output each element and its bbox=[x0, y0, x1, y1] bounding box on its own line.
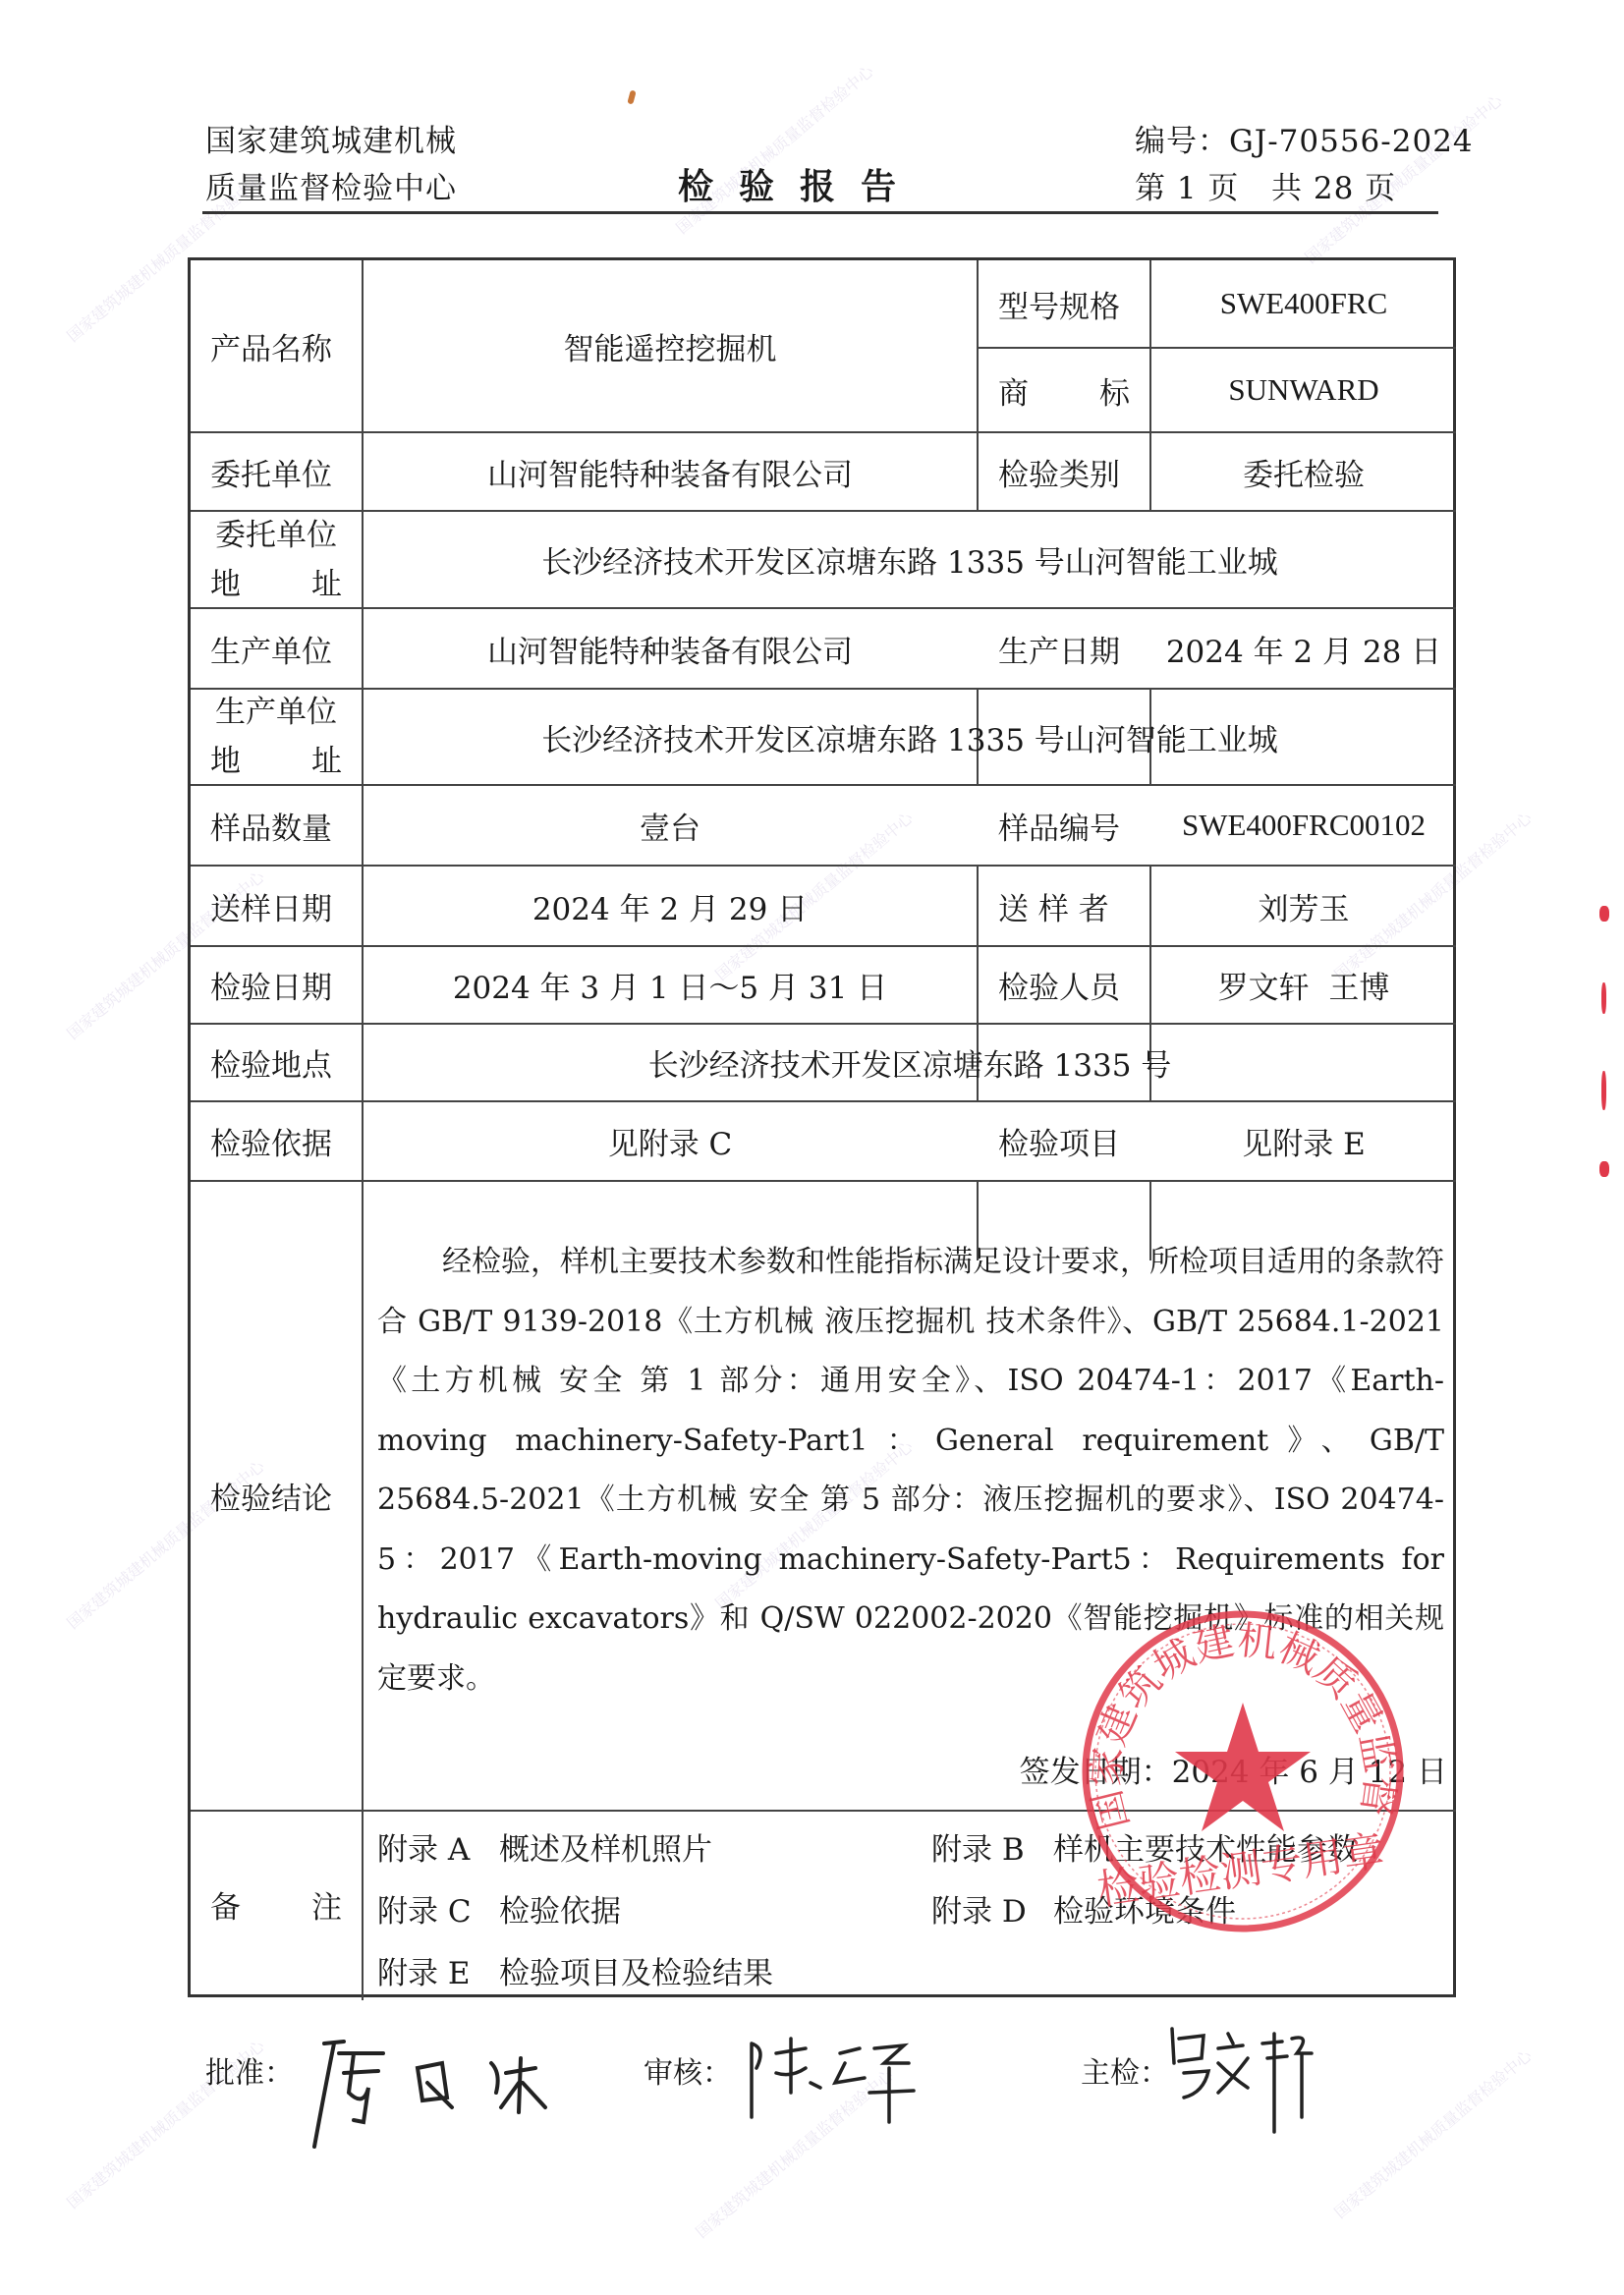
items-value: 见附录 E bbox=[1151, 1102, 1456, 1180]
manufacturer-address-label: 生产单位 地址 bbox=[191, 690, 362, 784]
manufacturer-address-label-line1: 生产单位 bbox=[210, 688, 342, 737]
appendix-key: 附录 C bbox=[377, 1886, 499, 1931]
chief-inspector-label: 主检： bbox=[1081, 2048, 1169, 2092]
inspectors-label: 检验人员 bbox=[979, 947, 1149, 1023]
sample-no-value: SWE400FRC00102 bbox=[1151, 786, 1456, 865]
inspection-type-label: 检验类别 bbox=[979, 433, 1149, 510]
appendix-title: 检验依据 bbox=[499, 1894, 621, 1930]
manufacturer-label: 生产单位 bbox=[191, 609, 362, 688]
client-address-label-b: 址 bbox=[311, 560, 342, 609]
appendix-key: 附录 D bbox=[931, 1886, 1053, 1931]
client-label: 委托单位 bbox=[191, 433, 362, 510]
watermark: 国家建筑城建机械质量监督检验中心 bbox=[1329, 2043, 1537, 2222]
appendix-key: 附录 E bbox=[377, 1948, 499, 1992]
scan-mark bbox=[627, 89, 636, 104]
appendix-title: 检验环境条件 bbox=[1053, 1894, 1236, 1930]
sender-value: 刘芳玉 bbox=[1151, 867, 1456, 945]
inspection-date-label: 检验日期 bbox=[191, 947, 362, 1023]
remarks-label-a: 备 bbox=[210, 1882, 241, 1927]
report-number-label: 编号： bbox=[1135, 124, 1229, 159]
appendix-e: 附录 E检验项目及检验结果 bbox=[377, 1948, 773, 1992]
client-value: 山河智能特种装备有限公司 bbox=[364, 433, 977, 510]
brand-value: SUNWARD bbox=[1151, 349, 1456, 431]
page-info: 第 1 页 共 28 页 bbox=[1135, 163, 1396, 207]
review-label: 审核： bbox=[644, 2048, 732, 2092]
issue-date: 签发日期：2024 年 6 月 12 日 bbox=[1020, 1747, 1447, 1791]
inspection-date-value: 2024 年 3 月 1 日～5 月 31 日 bbox=[364, 947, 977, 1023]
sample-no-label: 样品编号 bbox=[979, 786, 1149, 865]
appendix-title: 检验项目及检验结果 bbox=[499, 1956, 773, 1991]
client-address-value: 长沙经济技术开发区凉塘东路 1335 号山河智能工业城 bbox=[364, 512, 1456, 607]
conclusion-text: 经检验，样机主要技术参数和性能指标满足设计要求，所检项目适用的条款符合 GB/T… bbox=[377, 1233, 1444, 1708]
brand-label-b: 标 bbox=[1099, 368, 1130, 413]
row-divider bbox=[191, 1180, 1456, 1182]
seam-stamp-mark bbox=[1599, 1161, 1609, 1177]
delivery-date-label: 送样日期 bbox=[191, 867, 362, 945]
delivery-date-value: 2024 年 2 月 29 日 bbox=[364, 867, 977, 945]
sample-qty-label: 样品数量 bbox=[191, 786, 362, 865]
appendix-b: 附录 B样机主要技术性能参数 bbox=[931, 1824, 1358, 1869]
conclusion-paragraph: 经检验，样机主要技术参数和性能指标满足设计要求，所检项目适用的条款符合 GB/T… bbox=[377, 1233, 1444, 1708]
basis-value: 见附录 C bbox=[364, 1102, 977, 1180]
seam-stamp-mark bbox=[1601, 1071, 1606, 1110]
page-title: 检验报告 bbox=[678, 159, 922, 209]
production-date-label: 生产日期 bbox=[979, 609, 1149, 688]
manufacturer-address-label-a: 地 bbox=[210, 737, 241, 786]
client-address-label-a: 地 bbox=[210, 560, 241, 609]
chief-inspector-signature-icon bbox=[1164, 2024, 1321, 2142]
appendix-key: 附录 B bbox=[931, 1824, 1053, 1869]
remarks-label: 备注 bbox=[191, 1812, 362, 1997]
manufacturer-address-label-b: 址 bbox=[311, 737, 342, 786]
location-value: 长沙经济技术开发区凉塘东路 1335 号 bbox=[364, 1025, 1456, 1100]
inspectors-value: 罗文轩 王博 bbox=[1151, 947, 1456, 1023]
inspection-type-value: 委托检验 bbox=[1151, 433, 1456, 510]
production-date-value: 2024 年 2 月 28 日 bbox=[1151, 609, 1456, 688]
manufacturer-address-value: 长沙经济技术开发区凉塘东路 1335 号山河智能工业城 bbox=[364, 690, 1456, 784]
approver-signature-icon bbox=[295, 2014, 589, 2152]
model-label: 型号规格 bbox=[979, 260, 1149, 347]
seam-stamp-mark bbox=[1601, 982, 1606, 1014]
manufacturer-value: 山河智能特种装备有限公司 bbox=[364, 609, 977, 688]
seam-stamp-mark bbox=[1599, 906, 1609, 922]
appendix-a: 附录 A概述及样机照片 bbox=[377, 1824, 712, 1869]
appendix-title: 概述及样机照片 bbox=[499, 1832, 712, 1868]
appendix-d: 附录 D检验环境条件 bbox=[931, 1886, 1236, 1931]
report-table: 产品名称 智能遥控挖掘机 型号规格 SWE400FRC 商标 SUNWARD 委… bbox=[188, 257, 1456, 1997]
sender-label: 送 样 者 bbox=[979, 867, 1149, 945]
report-number: 编号：GJ-70556-2024 bbox=[1135, 116, 1474, 160]
conclusion-label: 检验结论 bbox=[191, 1182, 362, 1810]
brand-label: 商标 bbox=[979, 349, 1149, 431]
reviewer-signature-icon bbox=[737, 2024, 933, 2132]
org-name-line2: 质量监督检验中心 bbox=[205, 163, 457, 207]
header-divider bbox=[202, 211, 1438, 214]
product-name-value: 智能遥控挖掘机 bbox=[364, 260, 977, 431]
appendix-key: 附录 A bbox=[377, 1824, 499, 1869]
product-name-label: 产品名称 bbox=[191, 260, 362, 431]
brand-label-a: 商 bbox=[998, 368, 1029, 413]
remarks-label-b: 注 bbox=[311, 1882, 342, 1927]
appendix-c: 附录 C检验依据 bbox=[377, 1886, 621, 1931]
client-address-label-line1: 委托单位 bbox=[210, 511, 342, 560]
approve-label: 批准： bbox=[205, 2048, 294, 2092]
row-divider bbox=[191, 1810, 1456, 1812]
basis-label: 检验依据 bbox=[191, 1102, 362, 1180]
sample-qty-value: 壹台 bbox=[364, 786, 977, 865]
report-number-value: GJ-70556-2024 bbox=[1229, 124, 1474, 159]
col-divider-1b bbox=[362, 1811, 364, 2000]
appendix-title: 样机主要技术性能参数 bbox=[1053, 1832, 1358, 1868]
client-address-label: 委托单位 地址 bbox=[191, 512, 362, 607]
model-value: SWE400FRC bbox=[1151, 260, 1456, 347]
items-label: 检验项目 bbox=[979, 1102, 1149, 1180]
location-label: 检验地点 bbox=[191, 1025, 362, 1100]
org-name-line1: 国家建筑城建机械 bbox=[205, 116, 457, 160]
